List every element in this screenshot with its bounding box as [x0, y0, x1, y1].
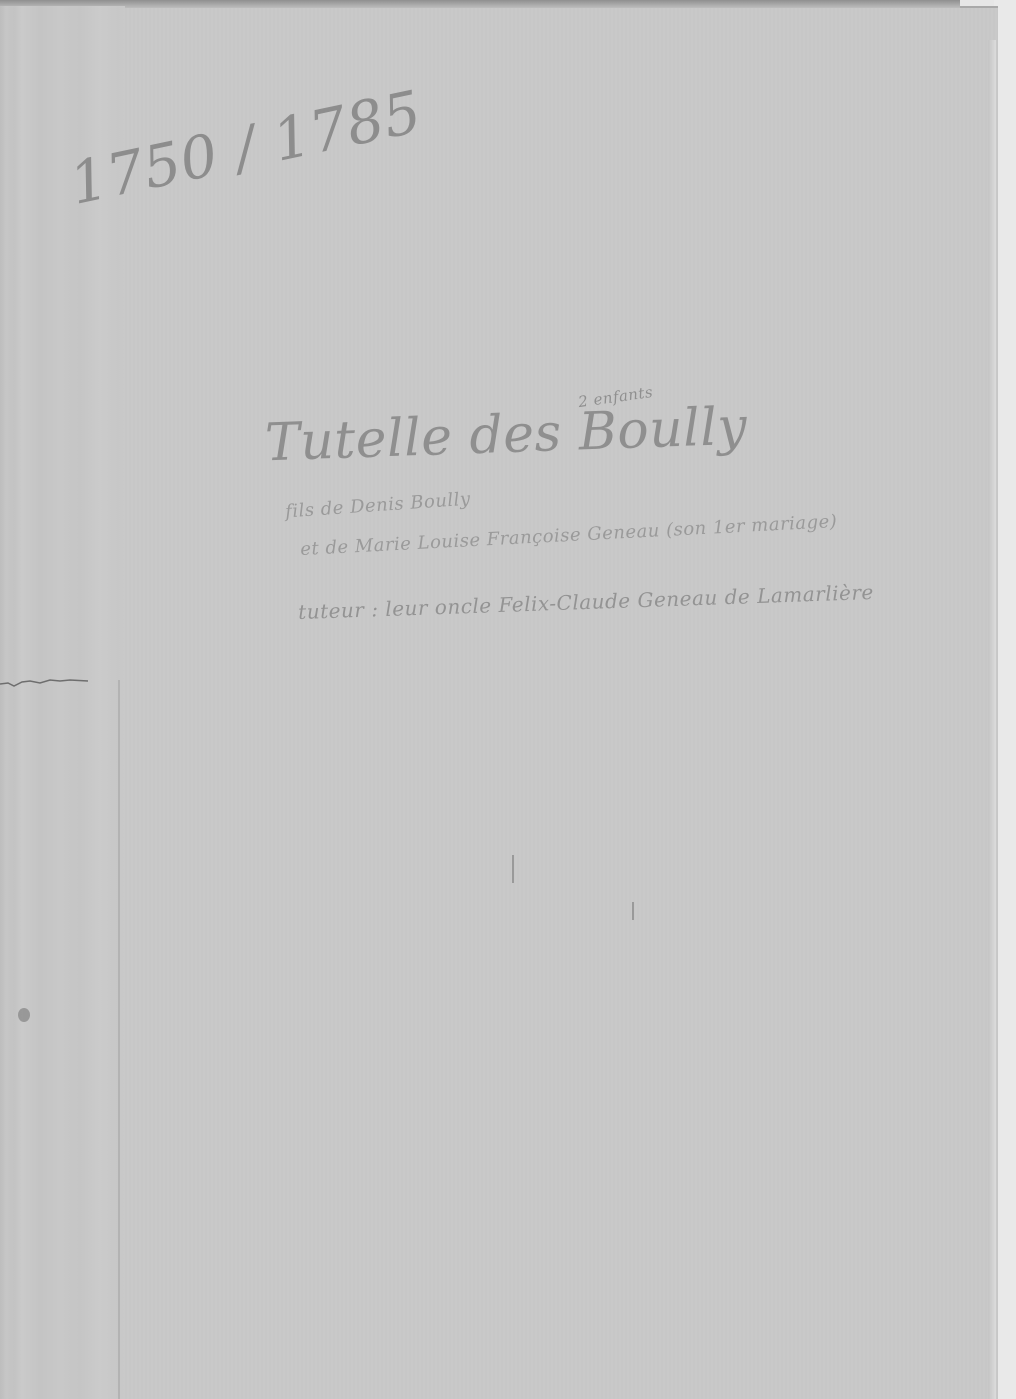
- spine-tear-mark: [0, 678, 90, 688]
- folder-cover-sheet: [0, 6, 998, 1399]
- top-edge-shadow: [0, 0, 960, 8]
- spine-fold-line: [118, 680, 120, 1399]
- pencil-mark: [632, 902, 634, 920]
- pencil-mark: [512, 855, 514, 883]
- right-edge-shadow: [988, 40, 996, 1399]
- scanned-page: 1750 / 1785 2 enfants Tutelle des Boully…: [0, 0, 1016, 1399]
- ink-spot: [18, 1008, 30, 1022]
- folder-spine: [0, 6, 125, 1399]
